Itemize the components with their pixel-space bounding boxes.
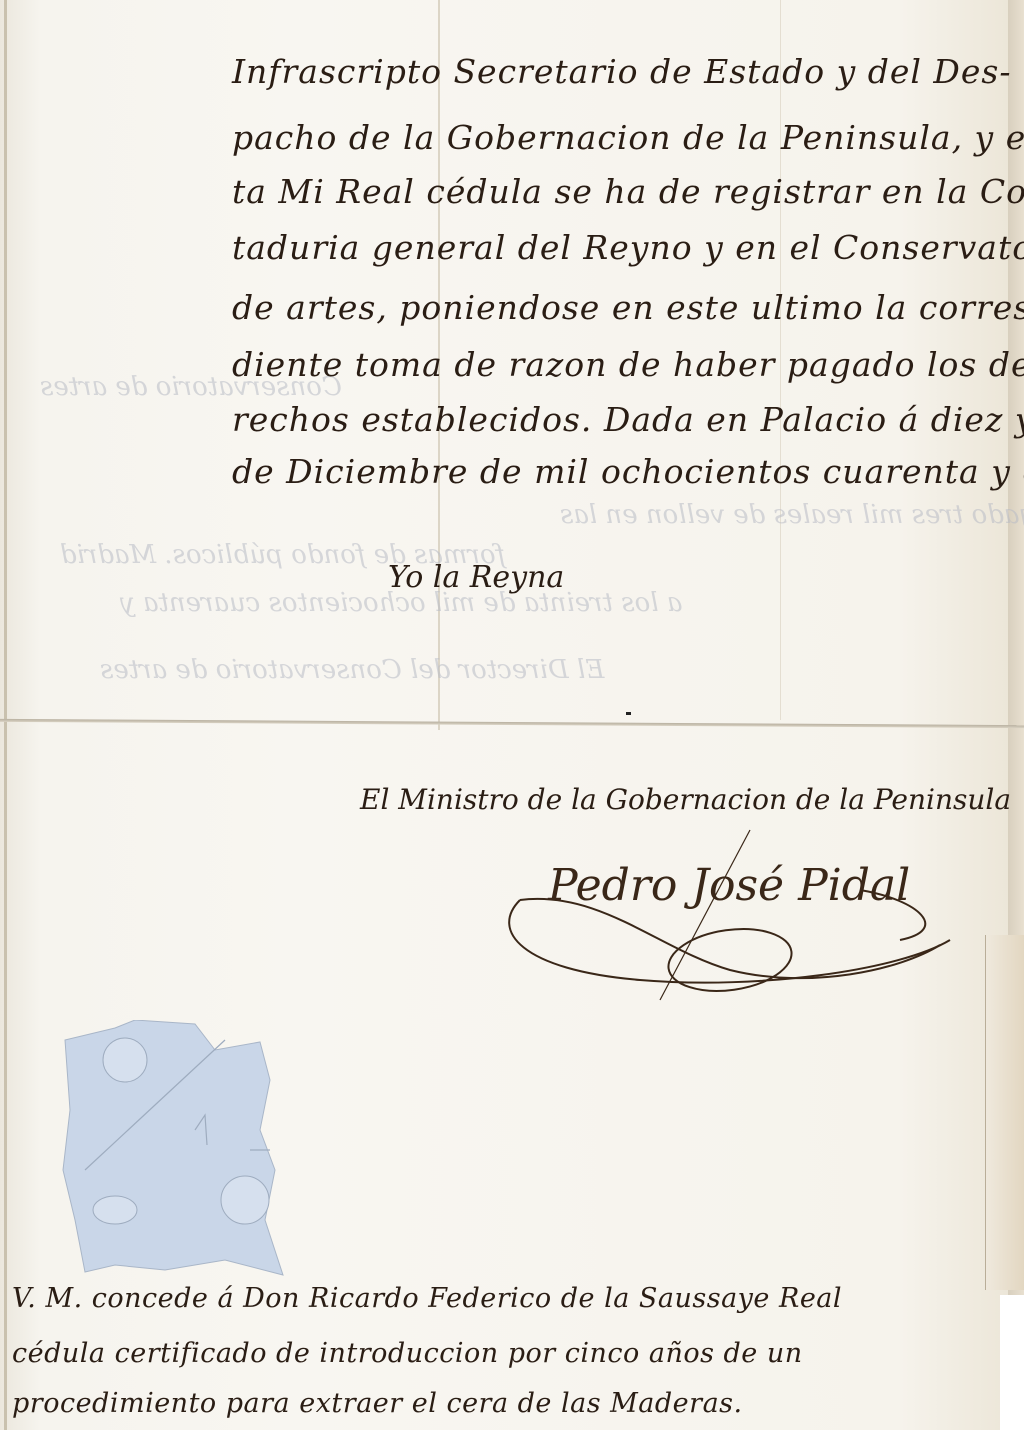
show-through-text: entregado tres mil reales de vellon en l… bbox=[560, 500, 1024, 530]
body-line: de Diciembre de mil ochocientos cuarenta… bbox=[232, 452, 1024, 491]
body-line: rechos establecidos. Dada en Palacio á d… bbox=[232, 400, 1024, 439]
paper-right-flap bbox=[985, 935, 1024, 1290]
paper-left-edge bbox=[4, 0, 7, 1430]
summary-line: procedimiento para extraer el cera de la… bbox=[12, 1388, 743, 1419]
show-through-text: El Director del Conservatorio de artes bbox=[100, 655, 604, 685]
royal-closing: Yo la Reyna bbox=[388, 560, 564, 595]
body-line: diente toma de razon de haber pagado los… bbox=[232, 345, 1024, 384]
horizontal-fold-line bbox=[0, 719, 1024, 728]
ink-mark bbox=[626, 712, 631, 715]
body-line: taduria general del Reyno y en el Conser… bbox=[232, 228, 1024, 267]
embossed-seal-icon bbox=[55, 1020, 285, 1280]
signature-flourish-icon bbox=[480, 820, 980, 1020]
body-line: Infrascripto Secretario de Estado y del … bbox=[232, 52, 1011, 91]
body-line: de artes, poniendose en este ultimo la c… bbox=[232, 288, 1024, 327]
scan-background bbox=[1000, 1295, 1024, 1430]
body-line: ta Mi Real cédula se ha de registrar en … bbox=[232, 172, 1024, 211]
document-page: Conservatorio de artes entregado tres mi… bbox=[0, 0, 1024, 1430]
minister-title: El Ministro de la Gobernacion de la Peni… bbox=[360, 783, 1011, 816]
summary-line: V. M. concede á Don Ricardo Federico de … bbox=[12, 1283, 842, 1314]
summary-line: cédula certificado de introduccion por c… bbox=[12, 1338, 803, 1369]
body-line: pacho de la Gobernacion de la Peninsula,… bbox=[232, 118, 1024, 157]
